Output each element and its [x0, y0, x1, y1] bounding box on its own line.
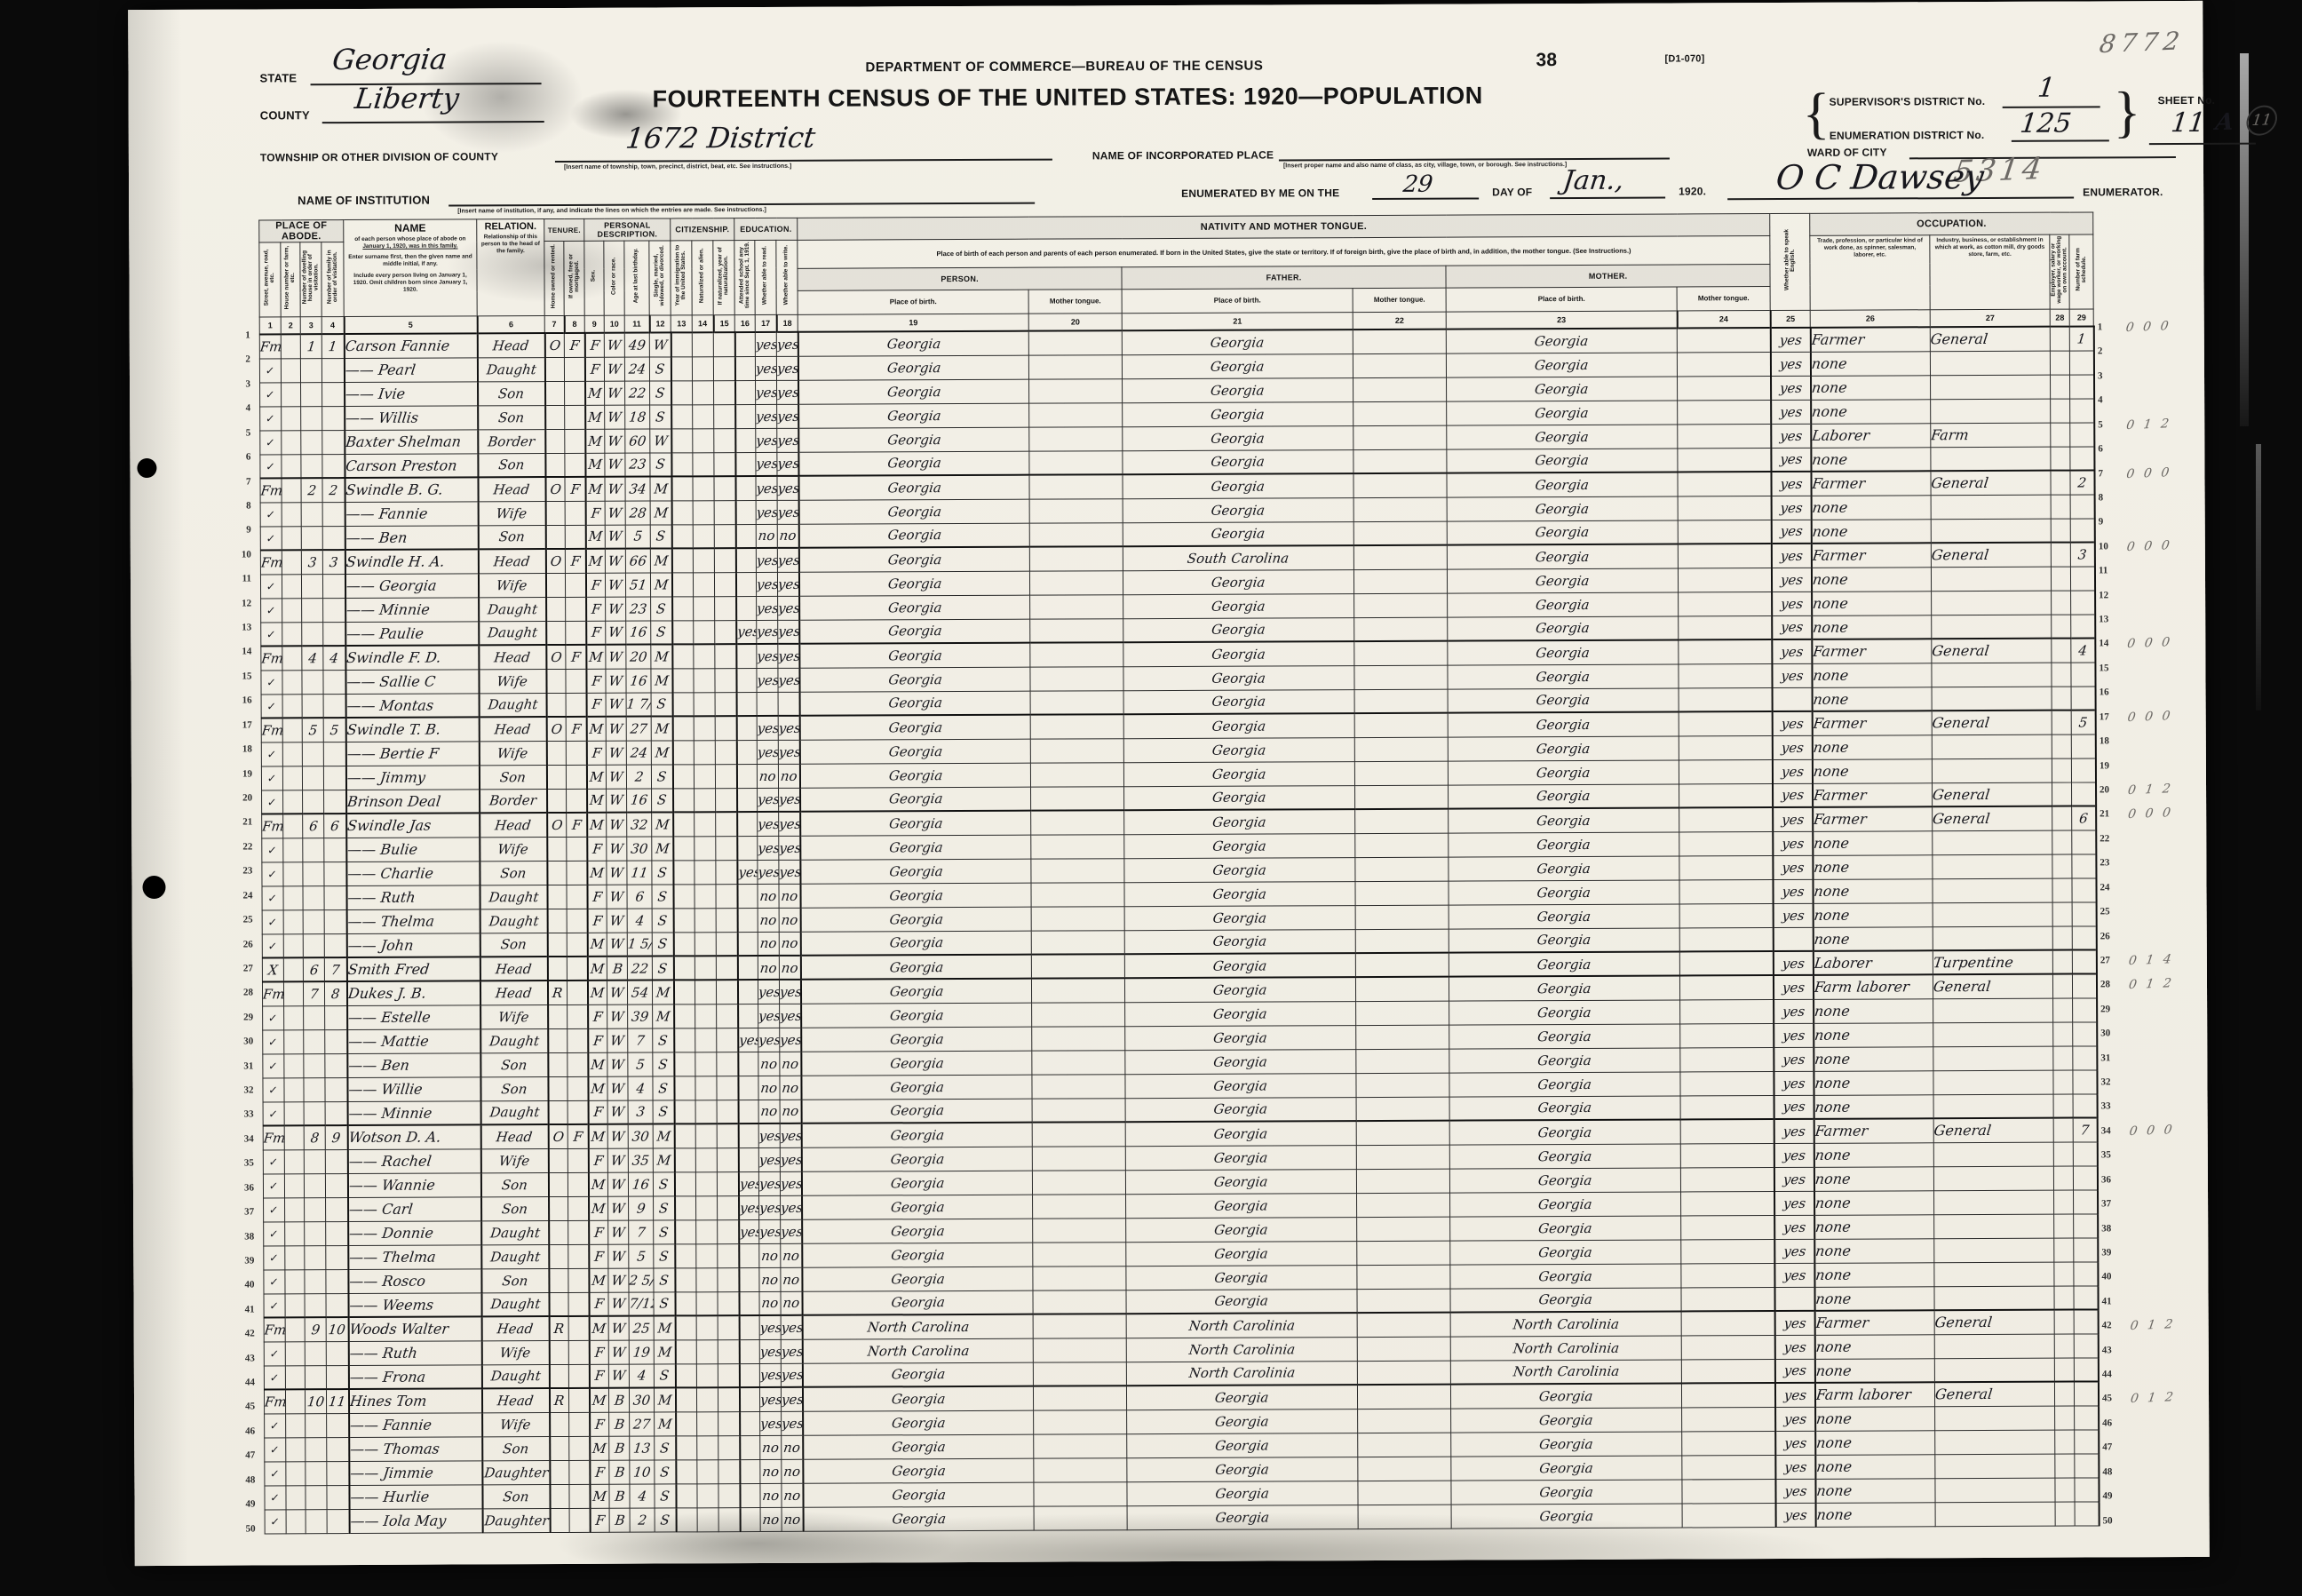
- tenure-owned: [545, 429, 565, 453]
- tenure-owned: [548, 1028, 568, 1052]
- relation: Son: [480, 1172, 548, 1196]
- trade: Laborer: [1813, 950, 1933, 975]
- employer-class: [2054, 1262, 2074, 1286]
- able-to-write: no: [782, 1507, 803, 1531]
- employer-class: [2051, 375, 2070, 399]
- hole-punch: [137, 458, 156, 478]
- able-to-write: [778, 692, 799, 716]
- age: 4: [630, 1484, 655, 1508]
- relation: Head: [482, 1388, 550, 1412]
- color-race: W: [605, 477, 625, 501]
- family-number: [327, 1413, 349, 1437]
- industry: General: [1933, 974, 2053, 999]
- mother-mother-tongue: [1679, 568, 1772, 592]
- person-mother-tongue: [1029, 426, 1123, 450]
- family-number: 7: [324, 957, 346, 981]
- name: Carson Fannie: [344, 333, 477, 358]
- father-birthplace: Georgia: [1126, 1169, 1357, 1194]
- tenure-owned: [545, 501, 565, 525]
- farm-schedule: [2074, 1357, 2098, 1381]
- trade: none: [1814, 1214, 1934, 1239]
- mother-birthplace: Georgia: [1447, 400, 1678, 425]
- father-birthplace: Georgia: [1125, 1001, 1356, 1026]
- marital-status: S: [655, 1459, 676, 1483]
- color-race: W: [606, 621, 626, 645]
- attended-school: [735, 524, 756, 548]
- color-race: B: [609, 1508, 630, 1532]
- abode-mark: Fm: [264, 1389, 285, 1413]
- house-number: [286, 1485, 306, 1509]
- relation: Head: [479, 645, 546, 669]
- person-mother-tongue: [1032, 1050, 1125, 1074]
- naturalization-year: [714, 476, 735, 500]
- farm-schedule: [2073, 997, 2097, 1021]
- able-to-read: no: [758, 1076, 780, 1100]
- mother-birthplace: Georgia: [1451, 1407, 1682, 1432]
- color-race: W: [607, 1004, 628, 1028]
- family-number: [327, 1437, 349, 1461]
- industry: Turpentine: [1933, 950, 2052, 975]
- mother-mother-tongue: [1681, 1335, 1774, 1359]
- sex: F: [584, 357, 604, 381]
- left-line-numbers: 1234567891011121314151617181920212223242…: [128, 1, 2203, 10]
- age: 5: [629, 1244, 654, 1268]
- sex: M: [585, 381, 605, 405]
- able-to-write: yes: [781, 1219, 802, 1243]
- incorporated-label: NAME OF INCORPORATED PLACE: [1092, 148, 1274, 162]
- mother-mother-tongue: [1679, 663, 1772, 687]
- immigration-year: [672, 644, 694, 668]
- industry: [1933, 758, 2052, 783]
- mother-birthplace: Georgia: [1448, 735, 1679, 760]
- attended-school: [735, 356, 756, 380]
- employer-class: [2052, 854, 2072, 878]
- col-number-23: 23: [1446, 311, 1677, 330]
- immigration-year: [671, 452, 693, 476]
- col-number-21: 21: [1122, 313, 1353, 331]
- pencil-occupation-code: 0 0 0: [2126, 538, 2173, 554]
- line-number-left: 1: [226, 330, 250, 341]
- mother-birthplace: Georgia: [1449, 1071, 1680, 1096]
- line-number-left: 11: [226, 574, 251, 584]
- pencil-occupation-code: 0 0 0: [2125, 319, 2172, 335]
- farm-schedule: [2071, 590, 2095, 614]
- dwelling-number: [305, 1341, 326, 1365]
- col-number-18: 18: [776, 314, 798, 332]
- able-to-write: no: [782, 1435, 803, 1459]
- able-to-read: no: [758, 956, 779, 980]
- industry: [1933, 902, 2052, 927]
- marital-status: M: [653, 1124, 674, 1147]
- name: —— Ivie: [345, 381, 478, 406]
- naturalized: [693, 428, 714, 452]
- dwelling-number: 5: [302, 718, 323, 742]
- farm-schedule: 4: [2071, 638, 2095, 662]
- able-to-read: no: [758, 908, 779, 932]
- mother-birthplace: Georgia: [1449, 903, 1679, 928]
- mother-mother-tongue: [1681, 1311, 1774, 1335]
- trade: none: [1815, 1454, 1935, 1479]
- color-race: W: [605, 549, 625, 573]
- tenure-free-mortgaged: F: [566, 645, 586, 669]
- relation: Daught: [481, 1244, 549, 1268]
- abode-mark: ✓: [264, 1341, 285, 1365]
- tenure-free-mortgaged: [565, 429, 585, 453]
- family-number: 2: [322, 478, 345, 502]
- tenure-free-mortgaged: [568, 1340, 589, 1364]
- relation: Border: [480, 789, 547, 813]
- father-mother-tongue: [1353, 401, 1447, 425]
- sex: M: [585, 405, 605, 429]
- family-number: [322, 382, 345, 406]
- line-number-right: 41: [2102, 1296, 2127, 1306]
- naturalization-year: [718, 1219, 739, 1243]
- sex: F: [585, 501, 605, 525]
- able-to-write: yes: [781, 1339, 802, 1363]
- able-to-write: yes: [780, 980, 801, 1004]
- relation: Wife: [479, 573, 546, 597]
- sex: F: [588, 1004, 607, 1028]
- tenure-free-mortgaged: [567, 933, 587, 957]
- mother-mother-tongue: [1678, 400, 1771, 424]
- line-number-left: 42: [230, 1328, 255, 1338]
- father-birthplace: Georgia: [1123, 713, 1354, 738]
- line-number-right: 38: [2101, 1223, 2126, 1234]
- father-birthplace: Georgia: [1126, 1241, 1357, 1266]
- age: 1 5/12: [627, 933, 652, 957]
- able-to-write: yes: [781, 1363, 802, 1387]
- dwelling-number: 7: [303, 981, 324, 1005]
- naturalization-year: [718, 1339, 739, 1363]
- group-education: EDUCATION.: [734, 218, 798, 240]
- family-number: [324, 909, 346, 933]
- mother-mother-tongue: [1679, 639, 1772, 663]
- pencil-occupation-code: 0 0 0: [2125, 465, 2172, 481]
- mother-birthplace: Georgia: [1449, 927, 1679, 952]
- age: 16: [628, 1172, 653, 1196]
- naturalized: [695, 860, 716, 884]
- able-to-read: yes: [760, 1411, 782, 1435]
- speaks-english: yes: [1773, 903, 1813, 927]
- able-to-read: yes: [757, 716, 778, 740]
- house-number: [282, 622, 302, 646]
- col-number-25: 25: [1770, 310, 1810, 328]
- col-number-12: 12: [649, 315, 671, 333]
- mother-mother-tongue: [1682, 1383, 1775, 1407]
- person-mother-tongue: [1030, 714, 1123, 738]
- attended-school: [735, 452, 756, 476]
- able-to-write: no: [781, 1291, 802, 1315]
- attended-school: [740, 1435, 760, 1459]
- age: 6: [627, 885, 652, 909]
- age: 27: [630, 1412, 655, 1436]
- mother-mother-tongue: [1681, 1167, 1774, 1191]
- line-number-right: 44: [2102, 1369, 2127, 1379]
- family-number: [325, 1101, 347, 1125]
- sex: M: [588, 1076, 607, 1100]
- immigration-year: [671, 500, 693, 524]
- nativity-father: FATHER.: [1122, 266, 1446, 290]
- industry: [1931, 447, 2051, 472]
- tenure-owned: R: [550, 1388, 569, 1412]
- employer-class: [2052, 711, 2071, 734]
- person-birthplace: Georgia: [800, 883, 1031, 908]
- line-number-right: 18: [2100, 735, 2124, 746]
- person-mother-tongue: [1033, 1362, 1126, 1386]
- father-birthplace: Georgia: [1125, 1121, 1356, 1146]
- relation: Daught: [479, 621, 546, 645]
- age: 1 7/12: [626, 693, 651, 717]
- immigration-year: [675, 1315, 696, 1339]
- age: 49: [624, 333, 649, 357]
- able-to-read: yes: [758, 860, 779, 884]
- speaks-english: yes: [1771, 400, 1811, 424]
- industry: [1934, 1262, 2054, 1287]
- person-birthplace: Georgia: [798, 451, 1029, 476]
- industry: [1933, 830, 2052, 855]
- naturalized: [697, 1507, 718, 1531]
- marital-status: M: [653, 980, 674, 1004]
- enumeration-label: ENUMERATION DISTRICT No.: [1830, 129, 1985, 142]
- line-number-left: 32: [228, 1084, 253, 1095]
- sex: F: [586, 597, 606, 621]
- relation: Head: [480, 813, 547, 837]
- col-employer-header: Employer, salary or wage worker, or work…: [2050, 234, 2069, 309]
- col-free-mortgaged-header: If owned, free or mortgaged.: [564, 241, 584, 315]
- name: —— Mattie: [347, 1028, 480, 1053]
- tenure-free-mortgaged: [568, 1316, 589, 1340]
- farm-schedule: [2070, 422, 2094, 446]
- father-mother-tongue: [1353, 545, 1447, 569]
- age: 5: [625, 525, 650, 549]
- line-number-left: 36: [229, 1182, 254, 1193]
- tenure-free-mortgaged: [565, 405, 585, 429]
- mother-mother-tongue-label: Mother tongue.: [1677, 286, 1770, 311]
- dwelling-number: [304, 1005, 325, 1029]
- father-birthplace: Georgia: [1123, 377, 1353, 402]
- immigration-year: [672, 740, 694, 764]
- abode-mark: ✓: [264, 1269, 285, 1293]
- line-number-right: 19: [2100, 760, 2124, 771]
- father-birthplace: Georgia: [1123, 641, 1354, 666]
- speaks-english: yes: [1772, 568, 1812, 592]
- trade: none: [1815, 1478, 1935, 1503]
- person-birthplace: Georgia: [800, 859, 1031, 884]
- immigration-year: [675, 1219, 696, 1243]
- attended-school: [739, 1315, 759, 1339]
- abode-mark: ✓: [262, 933, 283, 957]
- able-to-write: no: [779, 908, 800, 932]
- line-number-left: 24: [228, 891, 253, 901]
- immigration-year: [674, 1076, 695, 1100]
- father-birthplace: Georgia: [1123, 689, 1354, 714]
- industry: [1931, 399, 2051, 424]
- able-to-read: yes: [757, 620, 778, 644]
- col-dwelling-number-header: Number of dwelling house in order of vis…: [300, 242, 321, 317]
- naturalization-year: [715, 644, 736, 668]
- tenure-owned: O: [547, 813, 567, 837]
- employer-class: [2052, 830, 2072, 854]
- abode-mark: ✓: [259, 358, 281, 382]
- relation: Son: [478, 525, 545, 549]
- line-number-left: 13: [226, 623, 251, 633]
- pencil-occupation-code: 0 1 2: [2127, 782, 2174, 798]
- speaks-english: yes: [1775, 1431, 1815, 1455]
- tenure-free-mortgaged: F: [564, 333, 584, 357]
- naturalization-year: [714, 380, 735, 404]
- relation: Wife: [480, 837, 547, 861]
- abode-mark: ✓: [264, 1293, 285, 1317]
- employer-class: [2051, 495, 2070, 519]
- trade: none: [1813, 878, 1933, 903]
- abode-mark: Fm: [260, 478, 282, 502]
- line-number-left: 46: [230, 1425, 255, 1436]
- relation: Son: [480, 861, 547, 885]
- able-to-write: yes: [782, 1387, 803, 1411]
- able-to-write: yes: [781, 1195, 802, 1219]
- sex: F: [590, 1508, 609, 1532]
- farm-schedule: [2070, 446, 2094, 470]
- father-mother-tongue: [1355, 761, 1449, 785]
- tenure-owned: [545, 381, 565, 405]
- person-birthplace: Georgia: [798, 475, 1029, 500]
- industry: [1933, 1142, 2053, 1167]
- abode-mark: ✓: [260, 406, 282, 430]
- dwelling-number: [300, 358, 321, 382]
- relation: Daught: [481, 1220, 549, 1244]
- sex: M: [586, 765, 606, 789]
- person-mother-tongue: [1033, 1290, 1126, 1314]
- mother-mother-tongue: [1680, 1071, 1774, 1095]
- trade: none: [1814, 1094, 1933, 1119]
- father-birthplace: North Carolinia: [1126, 1313, 1357, 1338]
- tenure-free-mortgaged: [566, 765, 586, 789]
- township-label: TOWNSHIP OR OTHER DIVISION OF COUNTY: [260, 150, 498, 163]
- immigration-year: [674, 1052, 695, 1076]
- father-mother-tongue: [1354, 689, 1448, 713]
- naturalized: [695, 1028, 717, 1052]
- tenure-owned: [546, 597, 566, 621]
- naturalization-year: [717, 1147, 738, 1171]
- person-birthplace: Georgia: [802, 1266, 1033, 1291]
- immigration-year: [675, 1195, 696, 1219]
- father-birthplace: Georgia: [1125, 1049, 1356, 1074]
- trade: none: [1814, 1334, 1934, 1359]
- speaks-english: yes: [1774, 1359, 1814, 1383]
- speaks-english: yes: [1774, 1119, 1814, 1143]
- father-birthplace: Georgia: [1123, 521, 1353, 546]
- father-mother-tongue: [1354, 641, 1448, 665]
- sex: M: [585, 549, 605, 573]
- col-number-14: 14: [692, 315, 713, 333]
- col-number-16: 16: [734, 315, 755, 333]
- tenure-owned: [545, 405, 565, 429]
- group-personal-description: PERSONAL DESCRIPTION.: [584, 218, 671, 241]
- father-birthplace: Georgia: [1123, 737, 1354, 762]
- name: —— Frona: [348, 1364, 481, 1389]
- relation: Son: [480, 1076, 548, 1100]
- father-birthplace: Georgia: [1124, 953, 1355, 978]
- film-scratch: [2256, 444, 2261, 711]
- line-number-left: 7: [226, 477, 250, 488]
- age: 19: [629, 1340, 654, 1364]
- able-to-read: yes: [756, 548, 777, 572]
- able-to-write: yes: [778, 716, 799, 740]
- tenure-owned: [547, 861, 567, 885]
- color-race: B: [609, 1436, 630, 1460]
- person-birthplace: Georgia: [803, 1458, 1034, 1483]
- able-to-write: yes: [780, 1028, 801, 1052]
- person-mother-tongue: [1030, 642, 1123, 666]
- trade: none: [1812, 567, 1932, 592]
- father-mother-tongue: [1355, 809, 1449, 833]
- department-line: DEPARTMENT OF COMMERCE—BUREAU OF THE CEN…: [865, 59, 1263, 75]
- age: 16: [627, 789, 652, 813]
- industry: [1933, 1046, 2053, 1071]
- farm-schedule: [2073, 1021, 2097, 1045]
- able-to-read: yes: [756, 380, 777, 404]
- speaks-english: yes: [1774, 1311, 1814, 1335]
- able-to-write: yes: [778, 668, 799, 692]
- abode-mark: Fm: [261, 718, 282, 742]
- enumerated-prefix: ENUMERATED BY ME ON THE: [1181, 187, 1339, 200]
- immigration-year: [674, 1004, 695, 1028]
- employer-class: [2052, 734, 2071, 758]
- person-mother-tongue: [1031, 954, 1124, 978]
- person-mother-tongue: [1030, 738, 1123, 762]
- person-mother-tongue: [1032, 1098, 1125, 1122]
- attended-school: [737, 908, 758, 932]
- color-race: W: [607, 1148, 628, 1172]
- age: 4: [629, 1364, 654, 1388]
- house-number: [284, 1101, 304, 1125]
- relation: Son: [478, 405, 545, 429]
- tenure-owned: O: [548, 1124, 568, 1148]
- tenure-owned: [550, 1412, 569, 1436]
- speaks-english: yes: [1774, 999, 1814, 1023]
- naturalization-year: [718, 1291, 739, 1315]
- immigration-year: [675, 1243, 696, 1267]
- relation: Son: [478, 381, 545, 405]
- farm-schedule: [2070, 494, 2094, 518]
- naturalization-year: [716, 956, 737, 980]
- person-mother-tongue: [1034, 1386, 1127, 1409]
- abode-mark: ✓: [262, 790, 283, 814]
- mother-birthplace: Georgia: [1451, 1383, 1682, 1408]
- person-birthplace: North Carolina: [802, 1314, 1033, 1339]
- color-race: W: [606, 741, 626, 765]
- immigration-year: [672, 596, 694, 620]
- supervisor-label: SUPERVISOR'S DISTRICT No.: [1830, 95, 1986, 108]
- speaks-english: yes: [1771, 424, 1811, 448]
- tenure-free-mortgaged: [568, 1052, 588, 1076]
- speaks-english: yes: [1774, 1215, 1814, 1239]
- family-number: [326, 1269, 348, 1293]
- father-mother-tongue: [1353, 377, 1447, 401]
- tenure-owned: [545, 453, 565, 477]
- col-number-26: 26: [1810, 310, 1930, 328]
- person-birthplace: Georgia: [802, 1219, 1033, 1243]
- immigration-year: [674, 1124, 695, 1147]
- speaks-english: yes: [1775, 1455, 1815, 1479]
- person-mother-tongue: [1033, 1314, 1126, 1338]
- line-number-right: 21: [2100, 808, 2124, 819]
- color-race: W: [608, 1316, 629, 1340]
- sheet-circled-number: 11: [2244, 105, 2279, 136]
- enumeration-value: 125: [2019, 108, 2073, 139]
- house-number: [285, 1365, 305, 1389]
- employer-class: [2053, 1118, 2073, 1142]
